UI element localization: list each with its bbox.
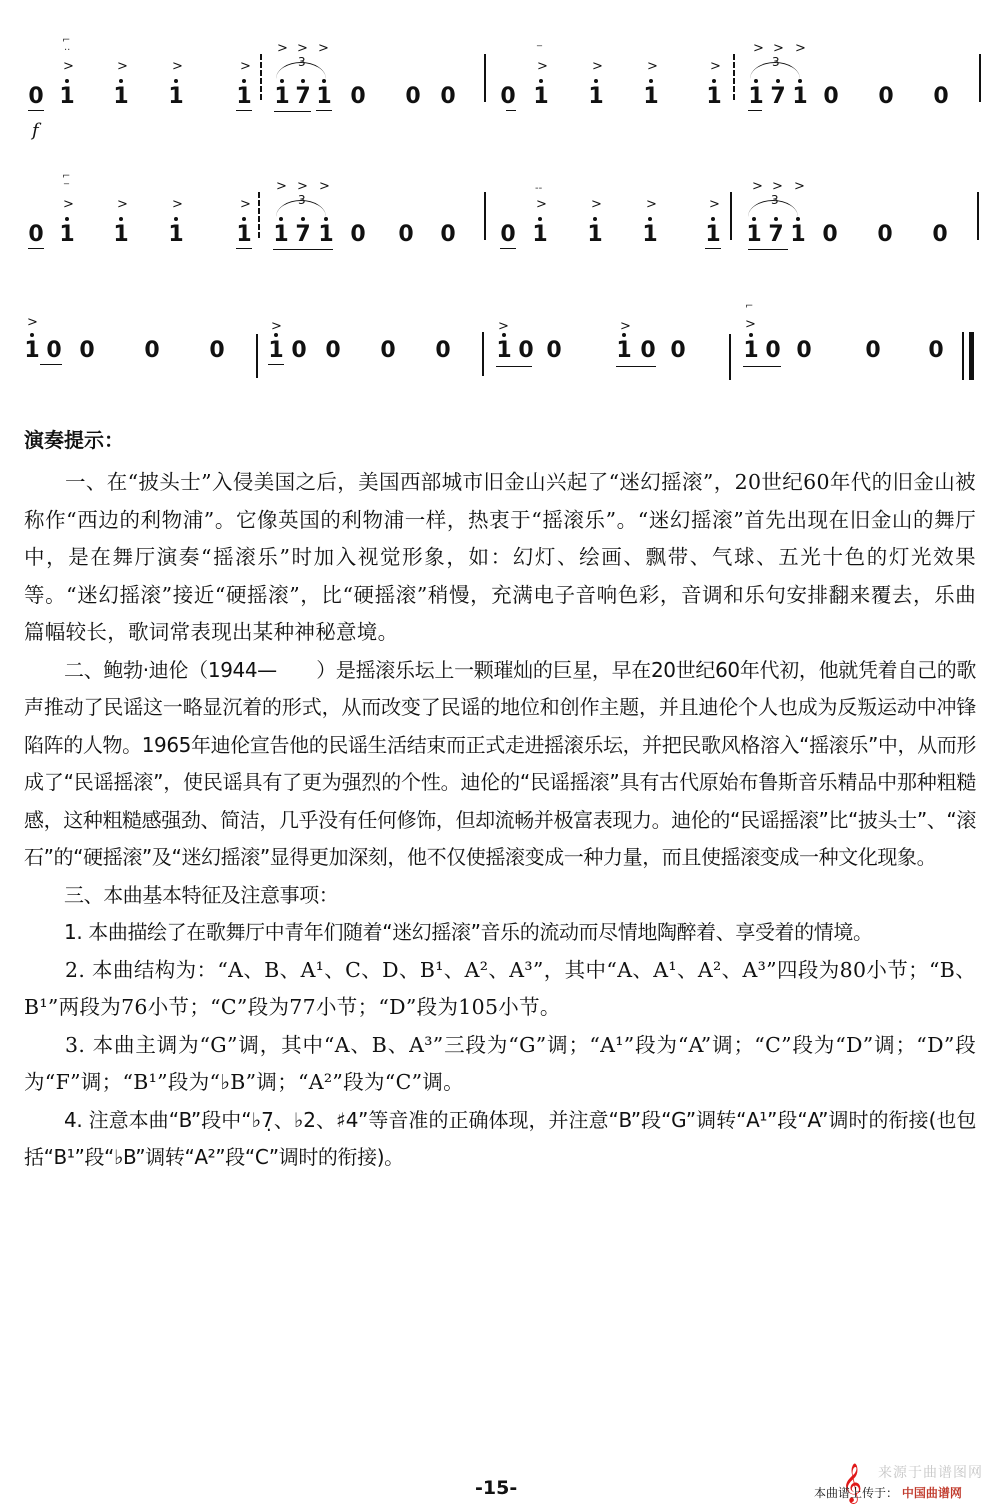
note-high-do: 1: [532, 224, 548, 246]
watermark-source-text: 来源于曲谱图网: [878, 1462, 983, 1482]
performance-notes: 演奏提示： 一、在“披头士”入侵美国之后，美国西部城市旧金山兴起了“迷幻摇滚”，…: [24, 420, 976, 1177]
note-paragraph-2: 二、鲍勃·迪伦（1944— ）是摇滚乐坛上一颗璀灿的巨星，早在20世纪60年代初…: [24, 652, 976, 877]
score-system-3: > 1 0 0 0 0 > 1 0 0 0 0 > 1 0 0 > 1 0 0 …: [0, 296, 1000, 396]
note-high-do: 1: [790, 224, 806, 246]
note-high-do: 1: [533, 86, 549, 108]
note-rest: 0: [822, 224, 838, 246]
note-rest: 0: [865, 340, 881, 362]
note-rest: 0: [546, 340, 562, 362]
note-high-do: 1: [316, 86, 332, 108]
note-high-do: 1: [496, 340, 512, 362]
note-high-do: 1: [268, 340, 284, 362]
note-rest: 0: [500, 224, 516, 246]
barline: [258, 192, 260, 240]
note-high-do: 1: [236, 224, 252, 246]
page-number: -15-: [475, 1477, 517, 1499]
note-high-do: 1: [588, 86, 604, 108]
note-high-do: 1: [643, 86, 659, 108]
note-high-do: 1: [792, 86, 808, 108]
note-rest: 0: [79, 340, 95, 362]
note-rest: 0: [46, 340, 62, 362]
note-high-do: 1: [706, 86, 722, 108]
note-high-do: 1: [24, 340, 40, 362]
note-high-do: 1: [642, 224, 658, 246]
barline: [979, 54, 981, 102]
note-rest: 0: [877, 224, 893, 246]
note-rest: 0: [500, 86, 516, 108]
watermark: 来源于曲谱图网 𝄞 本曲谱上传于： 中国曲谱网: [806, 1462, 1000, 1507]
dynamic-forte: f: [32, 120, 39, 141]
note-rest: 0: [640, 340, 656, 362]
note-high-do: 1: [274, 86, 290, 108]
barline: [256, 334, 258, 378]
note-rest: 0: [518, 340, 534, 362]
note-rest: 0: [325, 340, 341, 362]
score-system-1: ⌐ ·· > > > > 0 1 1 1 1 f > > > 3 1 7 1 0…: [0, 34, 1000, 134]
accent-mark: >: [63, 60, 74, 73]
note-high-do: 1: [746, 224, 762, 246]
note-rest: 0: [291, 340, 307, 362]
score-system-2: ⌐ ‾ > > > > 0 1 1 1 1 > > > 3 1 7 1 0 0 …: [0, 172, 1000, 272]
note-rest: 0: [28, 86, 44, 108]
note-rest: 0: [405, 86, 421, 108]
barline: [260, 54, 262, 102]
note-high-do: 1: [59, 86, 75, 108]
barline: [730, 192, 732, 240]
note-high-do: 1: [587, 224, 603, 246]
note-paragraph-1: 一、在“披头士”入侵美国之后，美国西部城市旧金山兴起了“迷幻摇滚”，20世纪60…: [24, 464, 976, 652]
note-high-do: 1: [748, 86, 764, 108]
note-rest: 0: [440, 224, 456, 246]
accent-mark: >: [172, 60, 183, 73]
note-high-do: 1: [168, 86, 184, 108]
note-high-ti: 7: [295, 224, 311, 246]
note-high-do: 1: [616, 340, 632, 362]
note-high-do: 1: [168, 224, 184, 246]
note-rest: 0: [670, 340, 686, 362]
note-high-do: 1: [59, 224, 75, 246]
note-high-ti: 7: [770, 86, 786, 108]
note-rest: 0: [933, 86, 949, 108]
note-rest: 0: [823, 86, 839, 108]
barline: [977, 192, 979, 240]
note-rest: 0: [398, 224, 414, 246]
barline: [733, 54, 735, 102]
barline: [484, 54, 486, 102]
barline: [484, 192, 486, 240]
notes-heading: 演奏提示：: [24, 420, 976, 460]
note-rest: 0: [928, 340, 944, 362]
note-rest: 0: [350, 86, 366, 108]
note-rest: 0: [28, 224, 44, 246]
final-barline-thick: [969, 332, 974, 380]
note-rest: 0: [440, 86, 456, 108]
barline: [482, 332, 484, 376]
final-barline-thin: [962, 332, 964, 380]
note-item-2: 2. 本曲结构为：“A、B、A¹、C、D、B¹、A²、A³”，其中“A、A¹、A…: [24, 952, 976, 1027]
note-high-do: 1: [113, 86, 129, 108]
note-high-ti: 7: [768, 224, 784, 246]
note-rest: 0: [765, 340, 781, 362]
accent-mark: >: [117, 60, 128, 73]
note-rest: 0: [380, 340, 396, 362]
barline: [729, 334, 731, 380]
accent-mark: >: [240, 60, 251, 73]
note-rest: 0: [796, 340, 812, 362]
note-high-ti: 7: [295, 86, 311, 108]
note-high-do: 1: [318, 224, 334, 246]
note-item-1: 1. 本曲描绘了在歌舞厅中青年们随着“迷幻摇滚”音乐的流动而尽情地陶醉着、享受着…: [24, 914, 976, 952]
note-rest: 0: [350, 224, 366, 246]
note-high-do: 1: [236, 86, 252, 108]
note-item-3: 3. 本曲主调为“G”调，其中“A、B、A³”三段为“G”调；“A¹”段为“A”…: [24, 1027, 976, 1102]
note-rest: 0: [435, 340, 451, 362]
watermark-upload-text: 本曲谱上传于： 中国曲谱网: [814, 1484, 962, 1501]
note-rest: 0: [878, 86, 894, 108]
note-section-3-title: 三、本曲基本特征及注意事项：: [24, 877, 976, 915]
note-rest: 0: [209, 340, 225, 362]
watermark-brand: 中国曲谱网: [902, 1486, 962, 1500]
note-rest: 0: [932, 224, 948, 246]
note-high-do: 1: [743, 340, 759, 362]
note-high-do: 1: [273, 224, 289, 246]
note-item-4: 4. 注意本曲“B”段中“♭7̣、♭2、♯4”等音准的正确体现，并注意“B”段“…: [24, 1102, 976, 1177]
note-high-do: 1: [113, 224, 129, 246]
note-rest: 0: [144, 340, 160, 362]
note-high-do: 1: [705, 224, 721, 246]
